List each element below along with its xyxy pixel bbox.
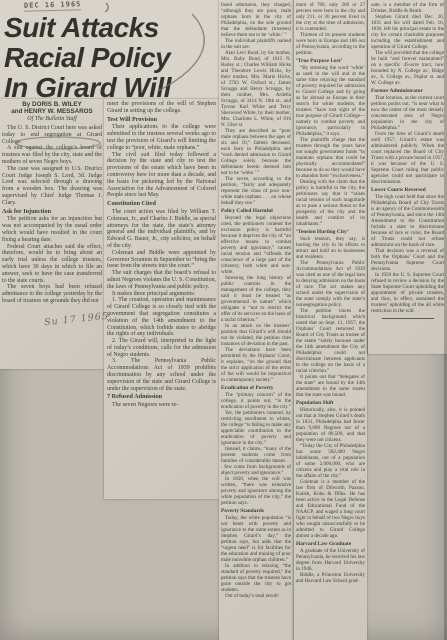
article-paragraph: “Today the City of Philadelphia has some… bbox=[296, 443, 365, 479]
article-paragraph: ment of 700, only 260 or 27 percent were… bbox=[296, 2, 365, 32]
subhead: Population Shift bbox=[296, 400, 365, 406]
article-paragraph: The suit charges that the board’s refusa… bbox=[107, 270, 216, 290]
column-5: uate, is a member of the firm of Drinker… bbox=[367, 0, 447, 354]
newspaper-clipping: DEC 16 1965 Suit Attacks Racial Policy I… bbox=[0, 0, 447, 640]
headline-strip: DEC 16 1965 Suit Attacks Racial Policy I… bbox=[0, 0, 219, 99]
article-paragraph: A suit against the college’s board of tr… bbox=[2, 145, 102, 165]
article-paragraph: From the time of Girard’s death until 19… bbox=[371, 131, 444, 185]
article-paragraph: It makes three principal arguments: bbox=[107, 291, 216, 298]
headline-line-1: Suit Attacks bbox=[4, 13, 219, 43]
article-paragraph: A graduate of the University of Pennsylv… bbox=[296, 548, 365, 572]
article-paragraph: The “primary concern” of the college, it… bbox=[221, 392, 291, 410]
article-paragraph: 3. The Pennsylvania Public Accommodation… bbox=[107, 358, 216, 392]
article-paragraph: The seven, according to the petition, “f… bbox=[221, 176, 291, 206]
article-paragraph: 1. The creation, operation and maintenan… bbox=[107, 297, 216, 338]
article-paragraph: Historically, also, it is pointed out th… bbox=[296, 407, 365, 443]
subhead: Former Administrator bbox=[371, 88, 444, 94]
article-paragraph: The seven Negroes were re- bbox=[107, 402, 216, 409]
byline: By DORIS B. WILEY and HENRY W. MESSAROS … bbox=[2, 101, 102, 123]
article-paragraph: It points out that “delegates of the sta… bbox=[296, 374, 365, 398]
article-paragraph: Biddle, a Princeton University and Harva… bbox=[296, 572, 365, 584]
article-paragraph: Coleman is a member of the law firm of D… bbox=[296, 479, 365, 539]
article-paragraph: Today, the white population “is not bese… bbox=[221, 515, 291, 563]
article-paragraph: meet the provisions of the will of Steph… bbox=[107, 101, 216, 115]
subhead: Constitution Cited bbox=[107, 201, 216, 208]
article-paragraph: Instead, it claims, “many of the present… bbox=[221, 446, 291, 476]
column-2: meet the provisions of the will of Steph… bbox=[104, 99, 219, 499]
article-paragraph: They are described as “poor male orphans… bbox=[221, 128, 291, 176]
headline-line-2: Racial Policy bbox=[4, 43, 219, 73]
article-paragraph: In 1958 the U. S. Supreme Court refused … bbox=[371, 272, 444, 314]
byline-credit: Of The Bulletin Staff bbox=[2, 116, 102, 124]
column-3: fused admission, they charged, “although… bbox=[219, 0, 293, 640]
article-paragraph: The U. S. District Court here was asked … bbox=[2, 125, 102, 145]
article-paragraph: Beyond the legal objections cited, the p… bbox=[221, 215, 291, 275]
subhead: Test Will Provision bbox=[107, 117, 216, 124]
article-paragraph: Coleman and Biddle were appointed by Gov… bbox=[107, 250, 216, 270]
headline-line-3: In Girard Will bbox=[4, 73, 219, 99]
subhead: Lower Courts Reversed bbox=[371, 187, 444, 193]
article-paragraph: The case was assigned to U.S. District C… bbox=[2, 166, 102, 207]
article-paragraph: The high court held that since the Phila… bbox=[371, 194, 444, 248]
byline-author-2: and HENRY W. MESSAROS bbox=[2, 108, 102, 115]
article-paragraph: The Pennsylvania Public Accommodations A… bbox=[296, 260, 365, 308]
article-paragraph: Yet, the petitioners contend, by restric… bbox=[221, 410, 291, 446]
article-paragraph: uate, is a member of the firm of Drinker… bbox=[371, 2, 444, 14]
article-paragraph: Such tension, they say, is hurting the c… bbox=[296, 236, 365, 260]
article-paragraph: 2. The Girard will, interpreted in the l… bbox=[107, 338, 216, 358]
date-stamp: DEC 16 1965 bbox=[24, 0, 82, 11]
end-rule bbox=[382, 318, 434, 319]
column-1: By DORIS B. WILEY and HENRY W. MESSAROS … bbox=[0, 99, 104, 369]
article-paragraph: The petition traces the historical backg… bbox=[296, 308, 365, 374]
article-paragraph: Thirteen of its present students were bo… bbox=[296, 32, 365, 56]
article-paragraph: fused admission, they charged, “although… bbox=[221, 2, 291, 38]
article-paragraph: The court action was filed by William T.… bbox=[107, 209, 216, 250]
article-paragraph: The petition asks for an injunction but … bbox=[2, 216, 102, 243]
article-paragraph: That location, as the current court peti… bbox=[371, 95, 444, 131]
subhead: ‘Tension Hurting City’ bbox=[296, 229, 365, 235]
article-paragraph: The individual plaintiffs named in the s… bbox=[221, 38, 291, 50]
article-paragraph: That decision was a reversal of both the… bbox=[371, 248, 444, 272]
article-paragraph: The plaintiffs charge that the trustees … bbox=[296, 137, 365, 179]
article-paragraph: The seven boys had been refused admittan… bbox=[2, 284, 102, 304]
subhead: Harvard Law Graduate bbox=[296, 541, 365, 547]
article-paragraph: Alan Levi Bond, by his mother, Mrs. Ruby… bbox=[221, 50, 291, 128]
subhead: Eradication of Poverty bbox=[221, 385, 291, 391]
subhead: 7 Refused Admission bbox=[107, 394, 216, 401]
article-paragraph: Stressing the long history of public con… bbox=[221, 275, 291, 323]
article-paragraph: “By stressing the word ‘white’ as used i… bbox=[296, 65, 365, 137]
headline: Suit Attacks Racial Policy In Girard Wil… bbox=[4, 13, 219, 99]
article-paragraph: The deviations have been permitted by th… bbox=[221, 347, 291, 383]
article-paragraph: In an attack on the trustees’ position t… bbox=[221, 323, 291, 347]
article-paragraph: Dealing with the claim that the policy i… bbox=[296, 179, 365, 227]
column-4: ment of 700, only 260 or 27 percent were… bbox=[293, 0, 367, 640]
article-paragraph: Stephen Girard died Dec. 26, 1831 and hi… bbox=[371, 14, 444, 50]
subhead: Policy Called Harmful bbox=[221, 208, 291, 214]
article-paragraph: Their applications to the college were s… bbox=[107, 124, 216, 151]
article-paragraph: The civil suit filed today followed a de… bbox=[107, 152, 216, 200]
article-paragraph: In 1830, when the will was written, “the… bbox=[221, 476, 291, 506]
byline-author-1: By DORIS B. WILEY bbox=[2, 101, 102, 108]
article-paragraph: Federal Court attaches said the effect, … bbox=[2, 244, 102, 285]
subhead: ‘True Purpose Lost’ bbox=[296, 58, 365, 64]
article-paragraph: Out of today’s total enroll- bbox=[221, 593, 291, 599]
subhead: Ask for Injunction bbox=[2, 209, 102, 216]
subhead: Poverty Standards bbox=[221, 508, 291, 514]
article-paragraph: In addition to relaxing “the standard of… bbox=[221, 563, 291, 593]
article-paragraph: The will provided that the college be bu… bbox=[371, 50, 444, 86]
